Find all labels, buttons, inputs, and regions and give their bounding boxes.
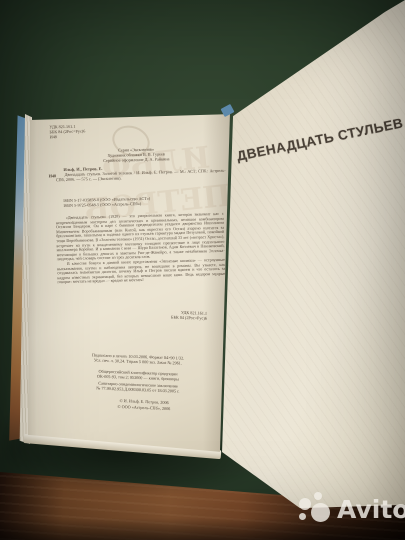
series-block: Серия «Эксклюзив» Художник обложки В. В.… — [56, 145, 216, 164]
udk-line: УДК 821.161.1 — [107, 307, 207, 315]
bibliographic-entry: Ильф, И., Петров, Е. Двенадцать стульев.… — [55, 163, 225, 182]
avito-circle-big — [311, 503, 330, 522]
series-name: Серия «Эксклюзив» — [56, 145, 216, 154]
right-page-half-title — [215, 0, 405, 540]
copyright-block: © И. Ильф, Е. Петров, 2006 © ООО «Астрел… — [64, 396, 224, 414]
biblio-authors: Ильф, И., Петров, Е. — [63, 163, 225, 172]
avito-circle-small-left — [299, 513, 306, 520]
classifier-line: Общероссийский классификатор продукции — [54, 367, 222, 378]
left-page-content: ИЛЬФ ПЕТРОВ УДК 821.161.1 ББК 84 (2Рос=Р… — [24, 110, 232, 456]
isbn-block: ISBN 5-17-035858-0 (ООО «Издательство АС… — [63, 196, 150, 208]
author-code-line: И48 — [50, 133, 86, 139]
copyright-publisher: © ООО «Астрель-СПб», 2006 — [64, 401, 224, 413]
cover-showthrough-text: ПЕТРОВ — [83, 178, 233, 228]
print-run: Усл. печ. л. 30,24. Тираж 5 000 экз. Зак… — [54, 356, 222, 367]
series-design-credit: Серийное оформление Д. А. Райкина — [56, 155, 216, 164]
annotation-block: «Двенадцать стульев» (1928) — это уморит… — [56, 212, 226, 285]
sanitary-line: № 77.99.02.953.Д.008300.03.05 от 18.03.2… — [54, 384, 222, 395]
copyright-authors: © И. Ильф, Е. Петров, 2006 — [64, 396, 224, 408]
avito-watermark-label: Avito — [337, 495, 405, 524]
classifier-block: Общероссийский классификатор продукции О… — [54, 367, 222, 383]
avito-circle-small-top — [314, 492, 322, 500]
annotation-paragraph-1: «Двенадцать стульев» (1928) — это уморит… — [56, 212, 225, 262]
biblio-margin-code: И48 — [49, 173, 57, 178]
udk-bottom-block: УДК 821.161.1 ББК 84 (2Рос=Рус)6 — [107, 307, 207, 320]
sanitary-line: Санитарно-эпидемиологическое заключение — [54, 379, 222, 390]
udk-line: УДК 821.161.1 — [49, 123, 85, 129]
avito-logo-icon — [299, 492, 333, 527]
sanitary-block: Санитарно-эпидемиологическое заключение … — [54, 379, 222, 395]
annotation-paragraph-2: В качестве бонуса в данной книге предста… — [57, 258, 226, 285]
udk-block: УДК 821.161.1 ББК 84 (2Рос=Рус)6 И48 — [49, 123, 85, 139]
print-info-block: Подписано в печать 10.03.2006. Формат 84… — [54, 351, 222, 367]
avito-circle-medium — [299, 498, 311, 510]
publisher-logo-showthrough — [108, 121, 153, 161]
photo-of-open-book: ИЛЬФ ПЕТРОВ УДК 821.161.1 ББК 84 (2Рос=Р… — [0, 0, 405, 540]
cover-showthrough-text: ИЛЬФ — [100, 140, 211, 186]
biblio-description: Двенадцать стульев. Золотой теленок / И.… — [56, 168, 226, 182]
left-page-imprint: ИЛЬФ ПЕТРОВ УДК 821.161.1 ББК 84 (2Рос=Р… — [24, 110, 232, 456]
isbn-astrel: ISBN 5-9725-0548-5 (ООО «Астрель-СПб») — [63, 201, 150, 208]
imprint-upper-group: УДК 821.161.1 ББК 84 (2Рос=Рус)6 И48 Сер… — [23, 106, 240, 457]
classifier-line: ОК-005-93, том 2; 953000 — книги, брошюр… — [54, 372, 222, 383]
print-date-format: Подписано в печать 10.03.2006. Формат 84… — [54, 351, 222, 362]
bbk-line: ББК 84 (2Рос=Рус)6 — [49, 128, 85, 134]
avito-watermark: Avito — [299, 492, 405, 527]
cover-artist-credit: Художник обложки В. В. Гуреев — [56, 150, 216, 159]
isbn-ast: ISBN 5-17-035858-0 (ООО «Издательство АС… — [63, 196, 150, 203]
bbk-line: ББК 84 (2Рос=Рус)6 — [107, 312, 207, 320]
